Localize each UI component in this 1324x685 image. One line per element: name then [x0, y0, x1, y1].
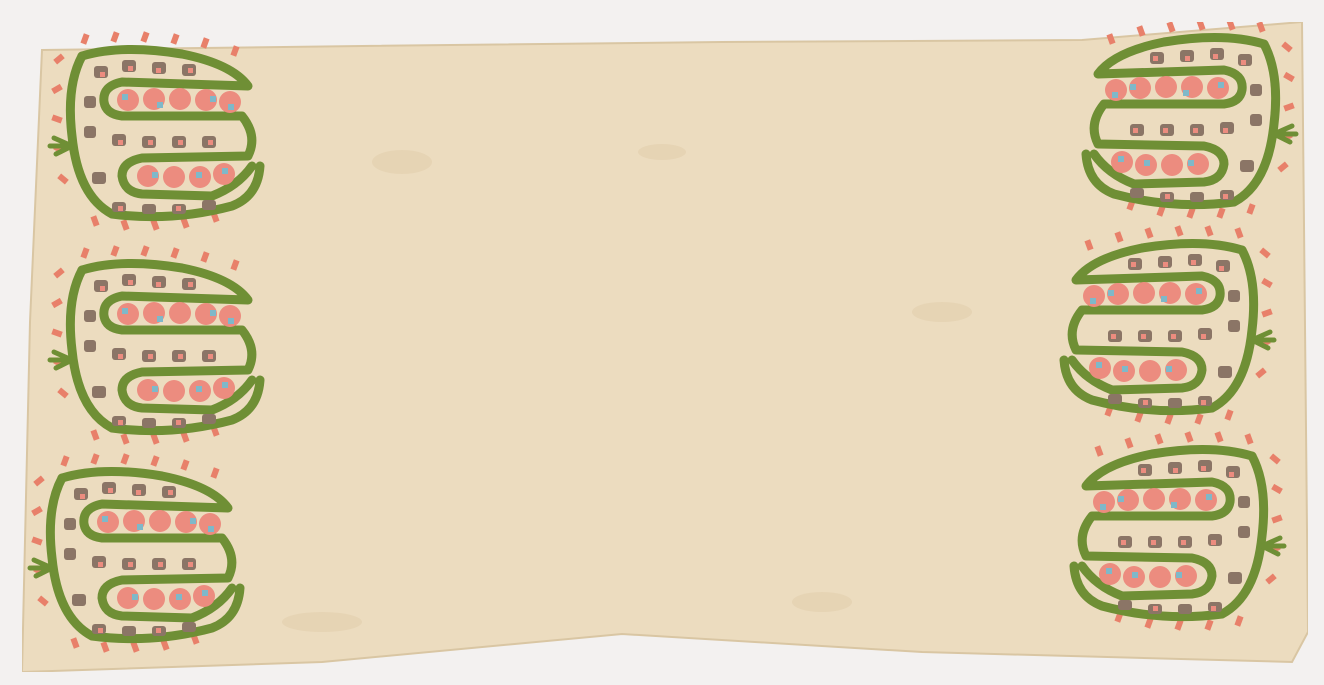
textile-illustration — [22, 22, 1308, 672]
embroidered-textile — [22, 22, 1308, 672]
